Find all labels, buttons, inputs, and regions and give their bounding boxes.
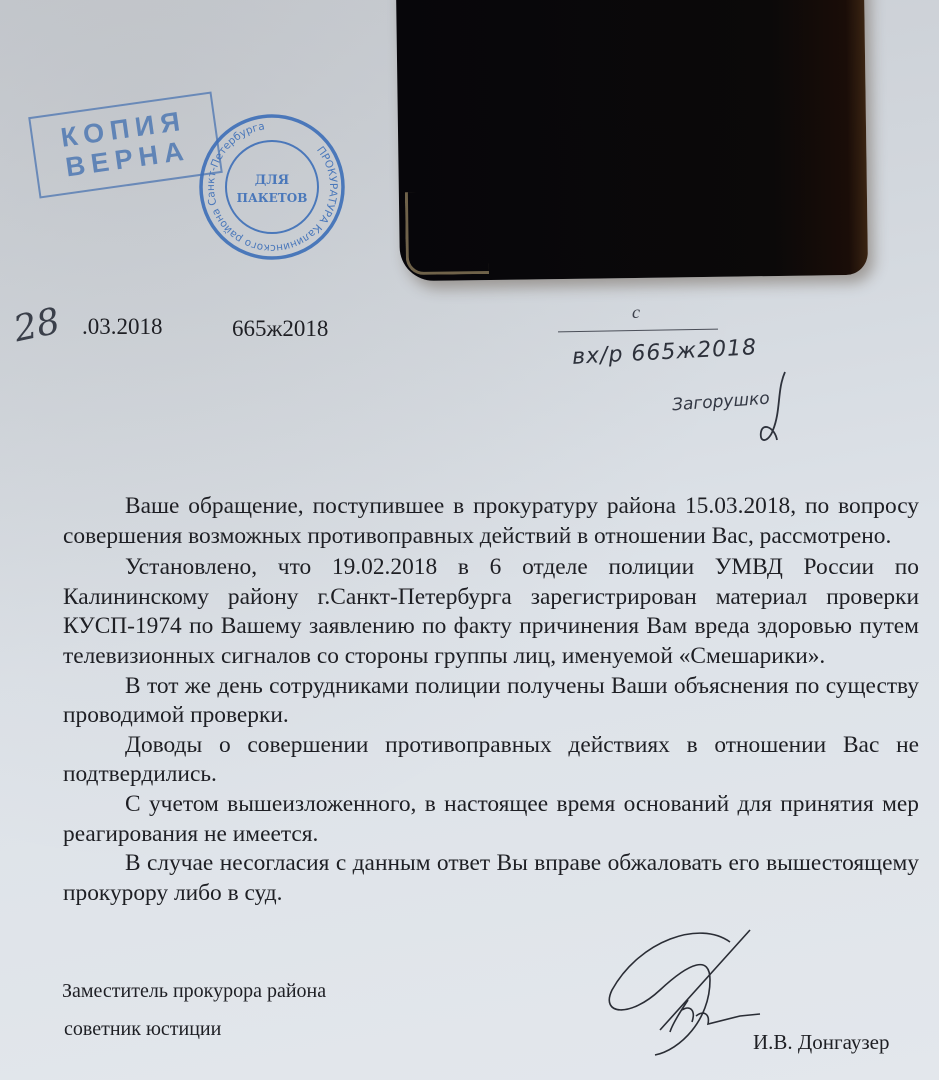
note-underline xyxy=(558,329,718,333)
paragraph-1: Ваше обращение, поступившее в прокуратур… xyxy=(63,492,919,551)
signer-name: И.В. Донгаузер xyxy=(753,1030,889,1055)
signature-flourish-icon xyxy=(755,370,795,450)
note-top-mark: с xyxy=(632,302,640,323)
paragraph-5: С учетом вышеизложенного, в настоящее вр… xyxy=(63,790,919,849)
paragraph-6: В случае несогласия с данным ответ Вы вп… xyxy=(63,849,919,908)
letter-date: .03.2018 xyxy=(82,314,163,340)
metal-corner xyxy=(405,191,489,275)
copy-verified-stamp: КОПИЯ ВЕРНА xyxy=(28,92,223,199)
paragraph-2: Установлено, что 19.02.2018 в 6 отделе п… xyxy=(63,553,919,671)
letter-body: Ваше обращение, поступившее в прокуратур… xyxy=(63,492,919,908)
paragraph-3: В тот же день сотрудниками полиции получ… xyxy=(63,672,919,731)
dark-wallet-object xyxy=(396,0,868,281)
note-reference: вх/р 665ж2018 xyxy=(571,335,757,370)
stamp-center-line-1: ДЛЯ xyxy=(255,173,290,188)
handwritten-day: 28 xyxy=(10,301,63,351)
paragraph-4: Доводы о совершении противоправных дейст… xyxy=(63,731,919,790)
registration-number: 665ж2018 xyxy=(232,316,328,342)
signer-rank: советник юстиции xyxy=(64,1018,221,1041)
signer-title: Заместитель прокурора района xyxy=(62,980,326,1003)
stamp-center-line-2: ПАКЕТОВ xyxy=(237,191,308,205)
prosecutor-round-stamp: ПРОКУРАТУРА Калининского района Санкт-Пе… xyxy=(197,112,347,262)
handwritten-incoming-note: с вх/р 665ж2018 Загорушко xyxy=(550,300,810,450)
